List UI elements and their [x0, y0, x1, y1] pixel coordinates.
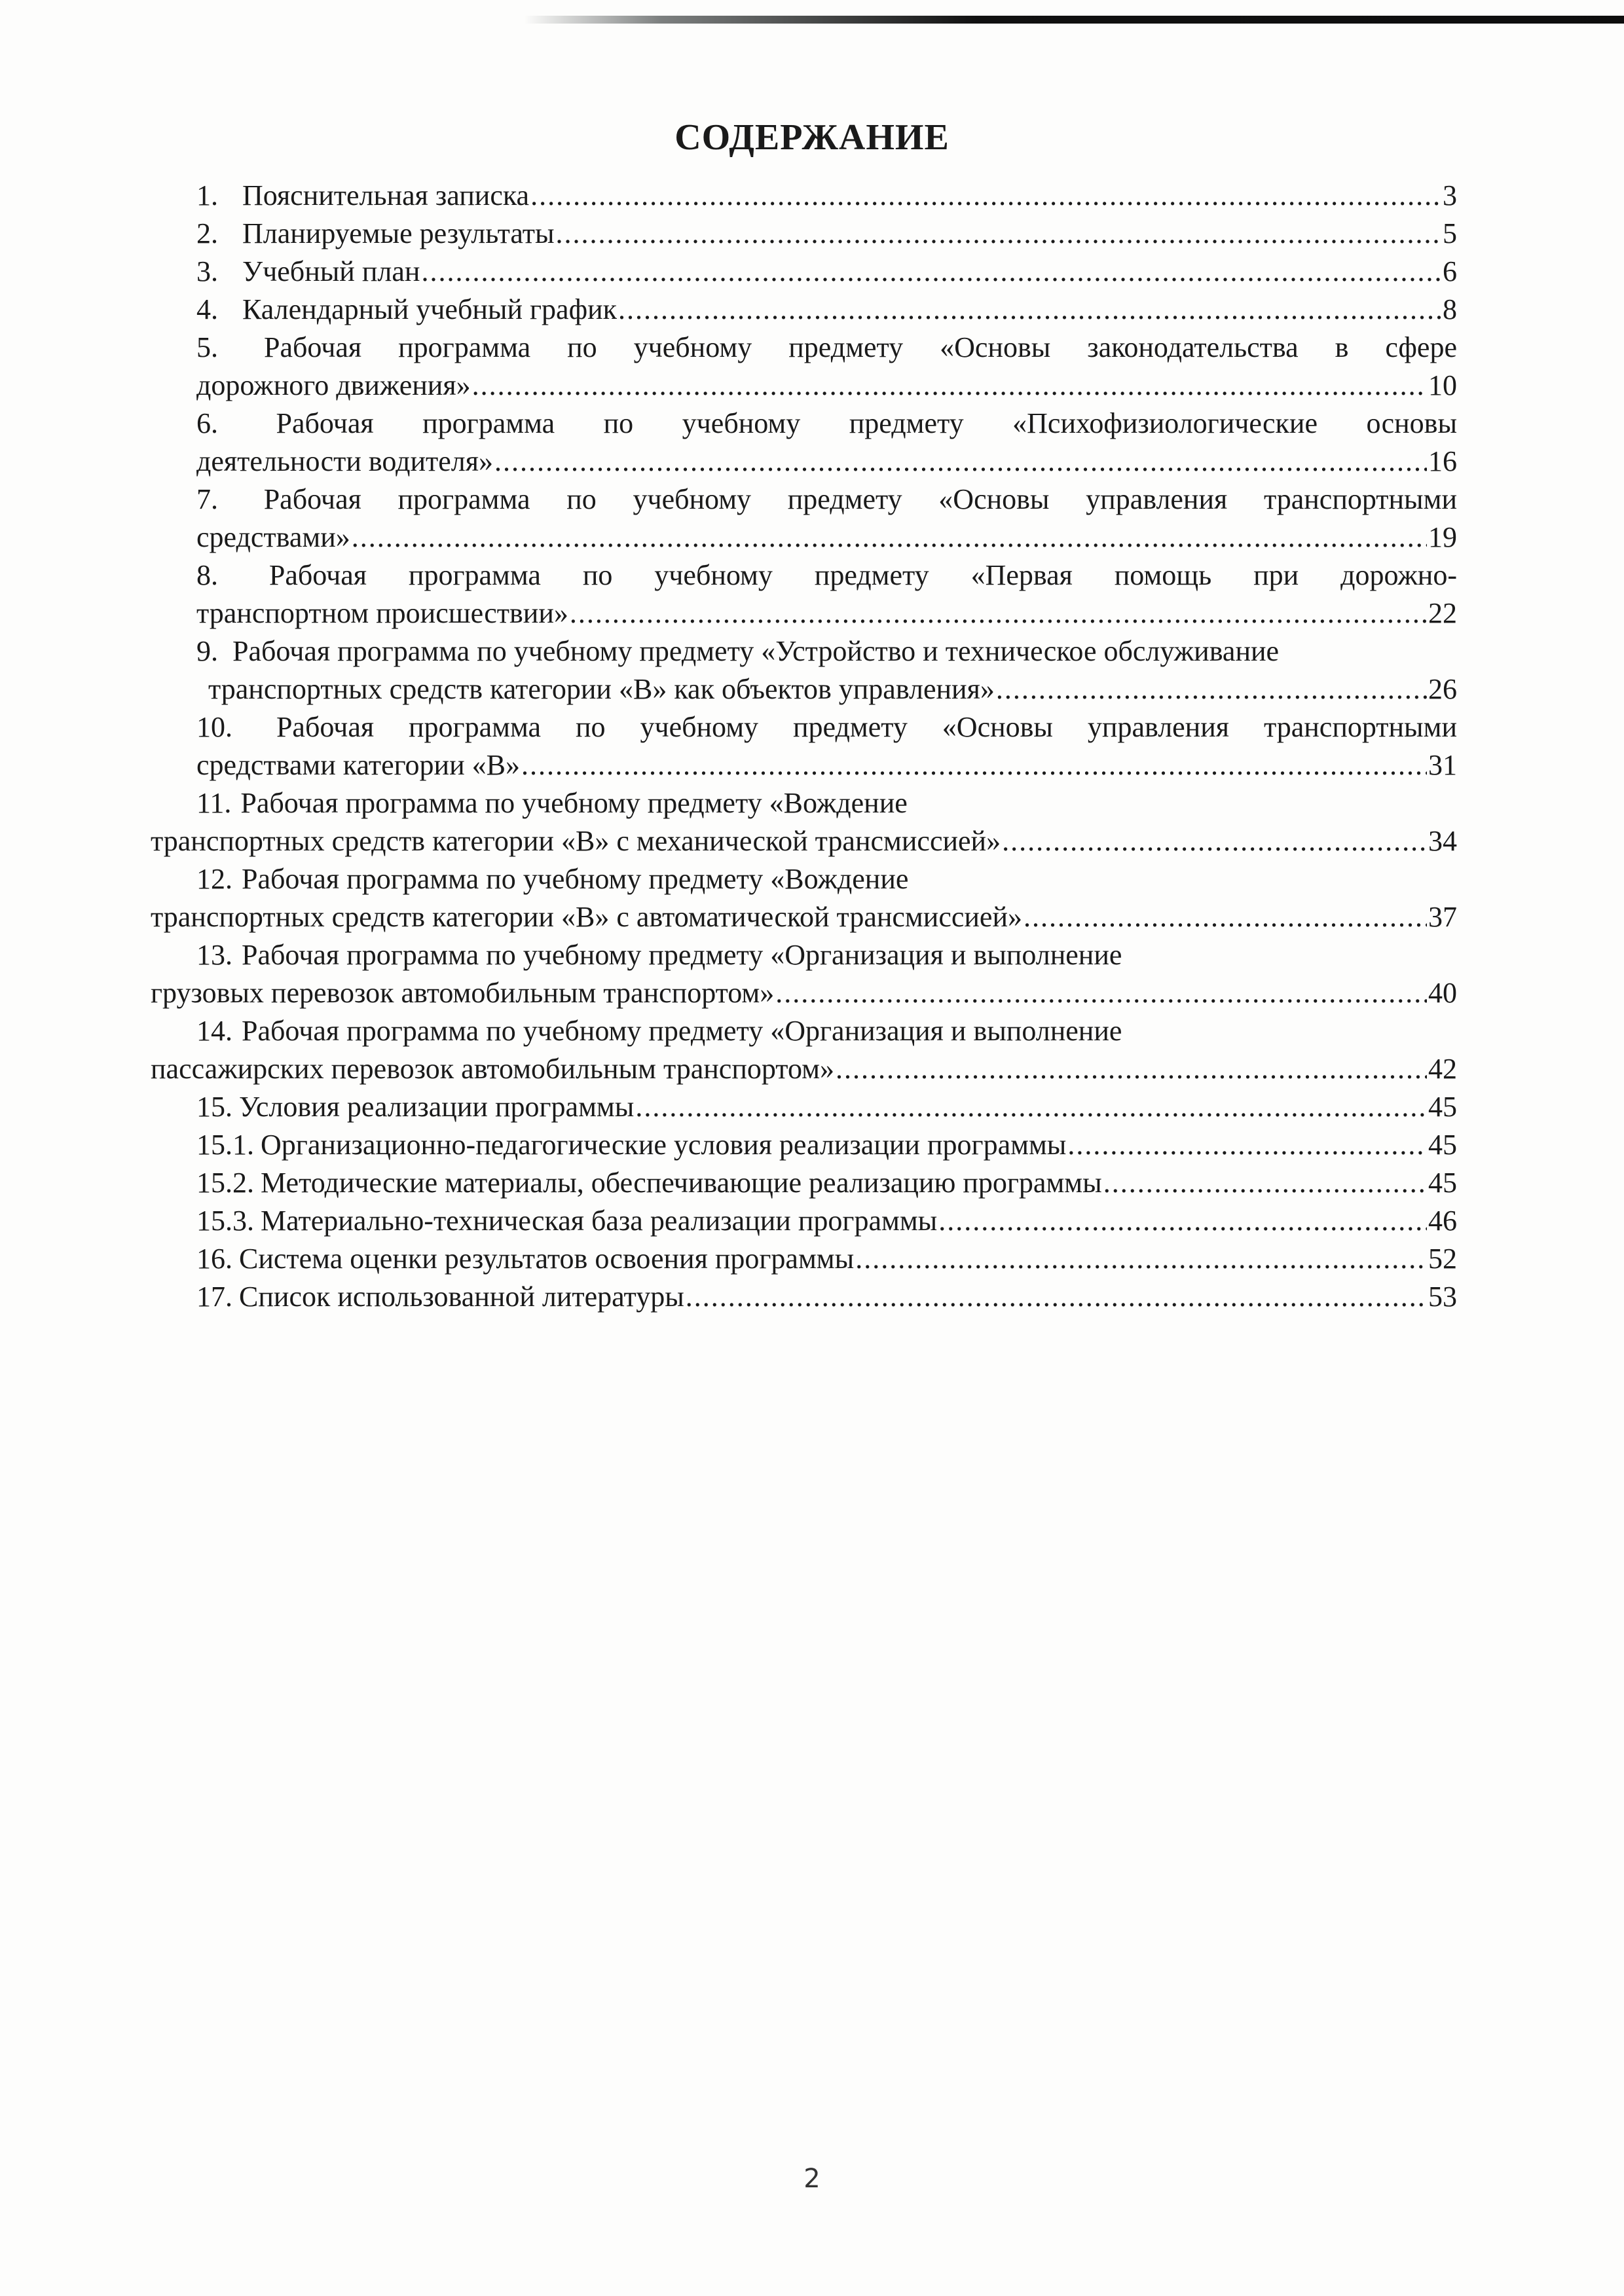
toc-entry-line-2[interactable]: транспортных средств категории «В» с авт… [151, 898, 1457, 936]
entry-number: 14. [196, 1012, 232, 1050]
entry-text: 15.1. Организационно-педагогические усло… [196, 1126, 1066, 1164]
toc-entry-line-1[interactable]: 11. Рабочая программа по учебному предме… [196, 784, 908, 822]
toc-entry[interactable]: 1.Пояснительная записка3 [196, 177, 1457, 215]
entry-page: 8 [1443, 291, 1457, 329]
toc-entry-line-2[interactable]: деятельности водителя»16 [196, 443, 1457, 481]
entry-title: Материально-техническая база реализации … [261, 1205, 937, 1237]
entry-title: Система оценки результатов освоения прог… [239, 1243, 854, 1275]
entry-title: Рабочая программа по учебному предмету «… [232, 632, 1279, 670]
toc-entry-line-2[interactable]: транспортных средств категории «В» как о… [208, 670, 1457, 708]
entry-title-cont: средствами» [196, 519, 350, 556]
entry-number: 3. [196, 253, 242, 291]
dot-leader [836, 1050, 1427, 1088]
entry-title: Рабочая программа по учебному предмету «… [276, 407, 1457, 439]
dot-leader [421, 253, 1441, 291]
entry-title: Планируемые результаты [242, 217, 555, 249]
entry-title: Рабочая программа по учебному предмету «… [242, 936, 1122, 974]
entry-number: 8. [196, 559, 218, 591]
entry-text: 15.3. Материально-техническая база реали… [196, 1202, 937, 1240]
entry-number: 7. [196, 483, 218, 515]
dot-leader [1067, 1126, 1427, 1164]
toc-entry[interactable]: 17. Список использованной литературы53 [196, 1278, 1457, 1316]
entry-title: Рабочая программа по учебному предмету «… [276, 711, 1457, 743]
entry-number: 15.2. [196, 1164, 254, 1202]
entry-page: 6 [1443, 253, 1457, 291]
entry-title: Рабочая программа по учебному предмету «… [269, 559, 1457, 591]
entry-page: 5 [1443, 215, 1457, 253]
entry-title-cont: транспортных средств категории «В» с авт… [151, 898, 1022, 936]
toc-entry[interactable]: 16. Система оценки результатов освоения … [196, 1240, 1457, 1278]
dot-leader [775, 974, 1427, 1012]
entry-page: 40 [1428, 974, 1457, 1012]
toc-entry-line-2[interactable]: транспортных средств категории «В» с мех… [151, 822, 1457, 860]
entry-number: 2. [196, 215, 242, 253]
entry-page: 45 [1428, 1088, 1457, 1126]
dot-leader [521, 746, 1427, 784]
entry-title: Организационно-педагогические условия ре… [261, 1129, 1066, 1161]
toc-entry-line-2[interactable]: средствами»19 [196, 519, 1457, 556]
entry-title: Рабочая программа по учебному предмету «… [264, 483, 1457, 515]
entry-text: 16. Система оценки результатов освоения … [196, 1240, 854, 1278]
entry-number: 13. [196, 936, 232, 974]
entry-number: 1. [196, 177, 242, 215]
entry-title: Рабочая программа по учебному предмету «… [264, 331, 1457, 363]
toc-entry[interactable]: 4.Календарный учебный график8 [196, 291, 1457, 329]
dot-leader [855, 1240, 1427, 1278]
dot-leader [686, 1278, 1427, 1316]
entry-number: 9. [196, 632, 218, 670]
entry-page: 53 [1428, 1278, 1457, 1316]
entry-number: 15. [196, 1088, 232, 1126]
dot-leader [1024, 898, 1427, 936]
entry-title: Пояснительная записка [242, 179, 529, 211]
entry-title: Учебный план [242, 255, 420, 287]
entry-text: 15.2. Методические материалы, обеспечива… [196, 1164, 1102, 1202]
dot-leader [938, 1202, 1427, 1240]
entry-title: Рабочая программа по учебному предмету «… [240, 784, 907, 822]
entry-page: 19 [1428, 519, 1457, 556]
dot-leader [1103, 1164, 1427, 1202]
dot-leader [996, 670, 1427, 708]
entry-page: 31 [1428, 746, 1457, 784]
dot-leader [1002, 822, 1427, 860]
entry-title: Список использованной литературы [239, 1281, 684, 1313]
entry-page: 26 [1428, 670, 1457, 708]
entry-text: 4.Календарный учебный график [196, 291, 617, 329]
entry-page: 10 [1428, 367, 1457, 405]
entry-title-cont: транспортных средств категории «В» как о… [208, 670, 995, 708]
entry-title-cont: средствами категории «В» [196, 746, 520, 784]
toc-entry-line-1[interactable]: 13. Рабочая программа по учебному предме… [196, 936, 1122, 974]
toc-entry[interactable]: 15. Условия реализации программы45 [196, 1088, 1457, 1126]
entry-title-cont: транспортных средств категории «В» с мех… [151, 822, 1001, 860]
entry-text: 15. Условия реализации программы [196, 1088, 634, 1126]
entry-number: 5. [196, 331, 218, 363]
toc-entry[interactable]: 15.3. Материально-техническая база реали… [196, 1202, 1457, 1240]
entry-page: 45 [1428, 1164, 1457, 1202]
scan-artifact-line [524, 16, 1624, 24]
entry-number: 11. [196, 784, 231, 822]
entry-title-cont: пассажирских перевозок автомобильным тра… [151, 1050, 834, 1088]
entry-number: 4. [196, 291, 242, 329]
entry-title: Методические материалы, обеспечивающие р… [261, 1167, 1102, 1199]
toc-entry-line-1[interactable]: 8. Рабочая программа по учебному предмет… [196, 556, 1457, 594]
entry-number: 10. [196, 711, 232, 743]
entry-page: 45 [1428, 1126, 1457, 1164]
entry-title: Рабочая программа по учебному предмету «… [242, 860, 908, 898]
entry-number: 15.3. [196, 1202, 254, 1240]
entry-title-cont: грузовых перевозок автомобильным транспо… [151, 974, 774, 1012]
entry-number: 17. [196, 1278, 232, 1316]
entry-page: 22 [1428, 594, 1457, 632]
toc-entry-line-1[interactable]: 7. Рабочая программа по учебному предмет… [196, 481, 1457, 519]
dot-leader [472, 367, 1427, 405]
toc-entry-line-2[interactable]: пассажирских перевозок автомобильным тра… [151, 1050, 1457, 1088]
entry-title-cont: транспортном происшествии» [196, 594, 568, 632]
entry-title: Условия реализации программы [239, 1091, 634, 1123]
entry-number: 6. [196, 407, 218, 439]
entry-page: 46 [1428, 1202, 1457, 1240]
entry-title: Календарный учебный график [242, 293, 617, 325]
entry-title-cont: дорожного движения» [196, 367, 471, 405]
entry-page: 16 [1428, 443, 1457, 481]
dot-leader [556, 215, 1441, 253]
toc-entry-line-1[interactable]: 14. Рабочая программа по учебному предме… [196, 1012, 1122, 1050]
toc-entry-line-2[interactable]: транспортном происшествии»22 [196, 594, 1457, 632]
toc-entry-line-1[interactable]: 6. Рабочая программа по учебному предмет… [196, 405, 1457, 443]
dot-leader [618, 291, 1441, 329]
entry-text: 2.Планируемые результаты [196, 215, 555, 253]
entry-text: 17. Список использованной литературы [196, 1278, 684, 1316]
entry-number: 12. [196, 860, 232, 898]
entry-page: 37 [1428, 898, 1457, 936]
toc-entry-line-2[interactable]: дорожного движения»10 [196, 367, 1457, 405]
entry-number: 15.1. [196, 1126, 254, 1164]
toc-entry-line-1[interactable]: 10. Рабочая программа по учебному предме… [196, 708, 1457, 746]
entry-text: 1.Пояснительная записка [196, 177, 529, 215]
toc-entry[interactable]: 15.1. Организационно-педагогические усло… [196, 1126, 1457, 1164]
dot-leader [494, 443, 1427, 481]
toc-entry[interactable]: 2.Планируемые результаты5 [196, 215, 1457, 253]
entry-number: 16. [196, 1240, 232, 1278]
page-number: 2 [0, 2164, 1624, 2194]
dot-leader [530, 177, 1441, 215]
entry-title-cont: деятельности водителя» [196, 443, 493, 481]
dot-leader [635, 1088, 1427, 1126]
toc-entry-line-1[interactable]: 9. Рабочая программа по учебному предмет… [196, 632, 1279, 670]
entry-title: Рабочая программа по учебному предмету «… [242, 1012, 1122, 1050]
page-title: СОДЕРЖАНИЕ [0, 117, 1624, 158]
dot-leader [352, 519, 1427, 556]
toc-entry-line-2[interactable]: грузовых перевозок автомобильным транспо… [151, 974, 1457, 1012]
toc-entry[interactable]: 3.Учебный план6 [196, 253, 1457, 291]
entry-page: 52 [1428, 1240, 1457, 1278]
toc-entry-line-2[interactable]: средствами категории «В»31 [196, 746, 1457, 784]
entry-page: 3 [1443, 177, 1457, 215]
dot-leader [570, 594, 1427, 632]
entry-text: 3.Учебный план [196, 253, 420, 291]
toc-entry-line-1[interactable]: 5. Рабочая программа по учебному предмет… [196, 329, 1457, 367]
toc-entry-line-1[interactable]: 12. Рабочая программа по учебному предме… [196, 860, 908, 898]
entry-page: 42 [1428, 1050, 1457, 1088]
toc-entry[interactable]: 15.2. Методические материалы, обеспечива… [196, 1164, 1457, 1202]
entry-page: 34 [1428, 822, 1457, 860]
